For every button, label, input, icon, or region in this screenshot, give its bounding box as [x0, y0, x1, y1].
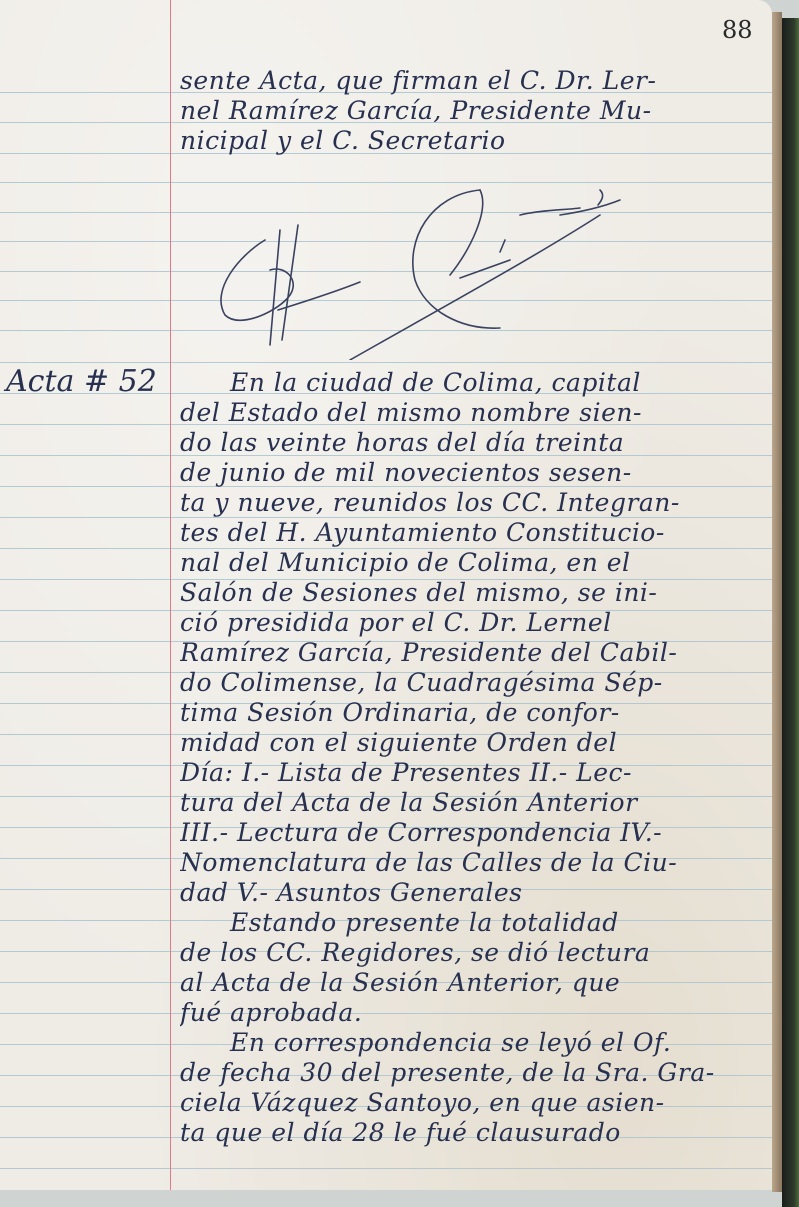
text-line: En la ciudad de Colima, capital — [180, 368, 754, 398]
ledger-page: 88 sente Acta, que firman el C. Dr. Ler-… — [0, 0, 772, 1190]
text-line: tes del H. Ayuntamiento Constitucio- — [180, 518, 754, 548]
red-margin-line — [170, 0, 171, 1190]
ruled-line — [0, 1168, 772, 1169]
text-line: nel Ramírez García, Presidente Mu- — [180, 96, 754, 126]
text-line: En correspondencia se leyó el Of. — [180, 1028, 754, 1058]
acta-number-label: Acta # 52 — [6, 364, 157, 399]
text-line: sente Acta, que firman el C. Dr. Ler- — [180, 66, 754, 96]
text-line: de junio de mil novecientos sesen- — [180, 458, 754, 488]
text-line: nal del Municipio de Colima, en el — [180, 548, 754, 578]
text-line: Salón de Sesiones del mismo, se ini- — [180, 578, 754, 608]
book-cover-spine — [782, 18, 799, 1207]
signatures — [200, 170, 740, 360]
text-line: ta que el día 28 le fué clausurado — [180, 1118, 754, 1148]
text-line: III.- Lectura de Correspondencia IV.- — [180, 818, 754, 848]
ruled-line — [0, 362, 772, 363]
signature-right — [413, 190, 500, 328]
page-number: 88 — [722, 16, 753, 44]
text-line: al Acta de la Sesión Anterior, que — [180, 968, 754, 998]
text-line: midad con el siguiente Orden del — [180, 728, 754, 758]
text-line: do Colimense, la Cuadragésima Sép- — [180, 668, 754, 698]
text-line: de fecha 30 del presente, de la Sra. Gra… — [180, 1058, 754, 1088]
text-line: nicipal y el C. Secretario — [180, 126, 754, 156]
text-line: Estando presente la totalidad — [180, 908, 754, 938]
text-line: de los CC. Regidores, se dió lectura — [180, 938, 754, 968]
text-line: tura del Acta de la Sesión Anterior — [180, 788, 754, 818]
acta-body: En la ciudad de Colima, capital del Esta… — [180, 368, 754, 1148]
text-line: ta y nueve, reunidos los CC. Integran- — [180, 488, 754, 518]
text-line: Ramírez García, Presidente del Cabil- — [180, 638, 754, 668]
text-line: do las veinte horas del día treinta — [180, 428, 754, 458]
text-line: tima Sesión Ordinaria, de confor- — [180, 698, 754, 728]
text-line: dad V.- Asuntos Generales — [180, 878, 754, 908]
text-line: Día: I.- Lista de Presentes II.- Lec- — [180, 758, 754, 788]
signature-strokes — [200, 170, 740, 360]
text-line: fué aprobada. — [180, 998, 754, 1028]
page-stack-edge — [772, 12, 782, 1192]
text-line: Nomenclatura de las Calles de la Ciu- — [180, 848, 754, 878]
text-line: del Estado del mismo nombre sien- — [180, 398, 754, 428]
continuation-text: sente Acta, que firman el C. Dr. Ler- ne… — [180, 66, 754, 156]
text-line: ció presidida por el C. Dr. Lernel — [180, 608, 754, 638]
text-line: ciela Vázquez Santoyo, en que asien- — [180, 1088, 754, 1118]
